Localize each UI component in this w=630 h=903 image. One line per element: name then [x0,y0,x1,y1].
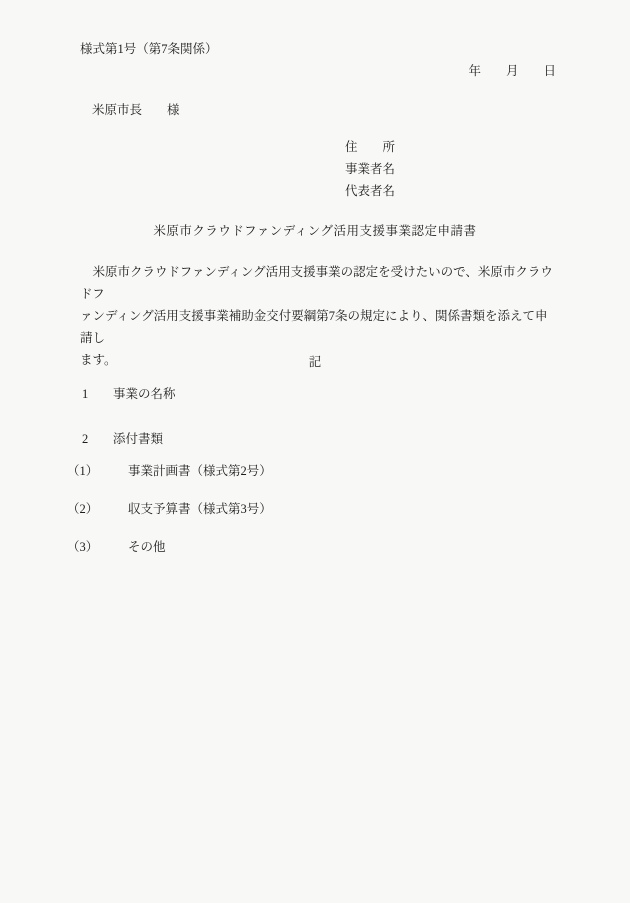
document-page: 様式第1号（第7条関係） 年 月 日 米原市長 様 住 所 事業者名 代表者名 … [0,0,630,903]
applicant-address-label: 住 所 [345,136,395,158]
attachment-item-business-plan: （1）事業計画書（様式第2号） [67,461,272,479]
document-title: 米原市クラウドファンディング活用支援事業認定申請書 [0,221,630,239]
list-header-ki: 記 [0,352,630,370]
applicant-block: 住 所 事業者名 代表者名 [345,136,395,202]
attachment-item-label: 収支予算書（様式第3号） [128,502,272,516]
attachment-item-label: その他 [128,540,166,554]
form-number-label: 様式第1号（第7条関係） [80,39,218,57]
list-item-attachments: 2添付書類 [82,429,163,447]
body-paragraph-line: ァンディング活用支援事業補助金交付要綱第7条の規定により、関係書類を添えて申請し [80,305,555,349]
applicant-business-name-label: 事業者名 [345,158,395,180]
addressee-line: 米原市長 様 [92,100,180,118]
attachment-item-other: （3）その他 [67,537,166,555]
attachment-item-number: （1） [67,461,128,479]
list-item-label: 添付書類 [113,432,163,446]
attachment-item-budget: （2）収支予算書（様式第3号） [67,499,272,517]
list-item-label: 事業の名称 [113,387,176,401]
list-item-number: 2 [82,432,113,447]
attachment-item-number: （3） [67,537,128,555]
applicant-representative-label: 代表者名 [345,180,395,202]
date-line: 年 月 日 [468,61,556,79]
body-paragraph-line: 米原市クラウドファンディング活用支援事業の認定を受けたいので、米原市クラウドフ [80,261,555,305]
attachment-item-number: （2） [67,499,128,517]
list-item-number: 1 [82,387,113,402]
list-item-business-name: 1事業の名称 [82,384,176,402]
attachment-item-label: 事業計画書（様式第2号） [128,464,272,478]
